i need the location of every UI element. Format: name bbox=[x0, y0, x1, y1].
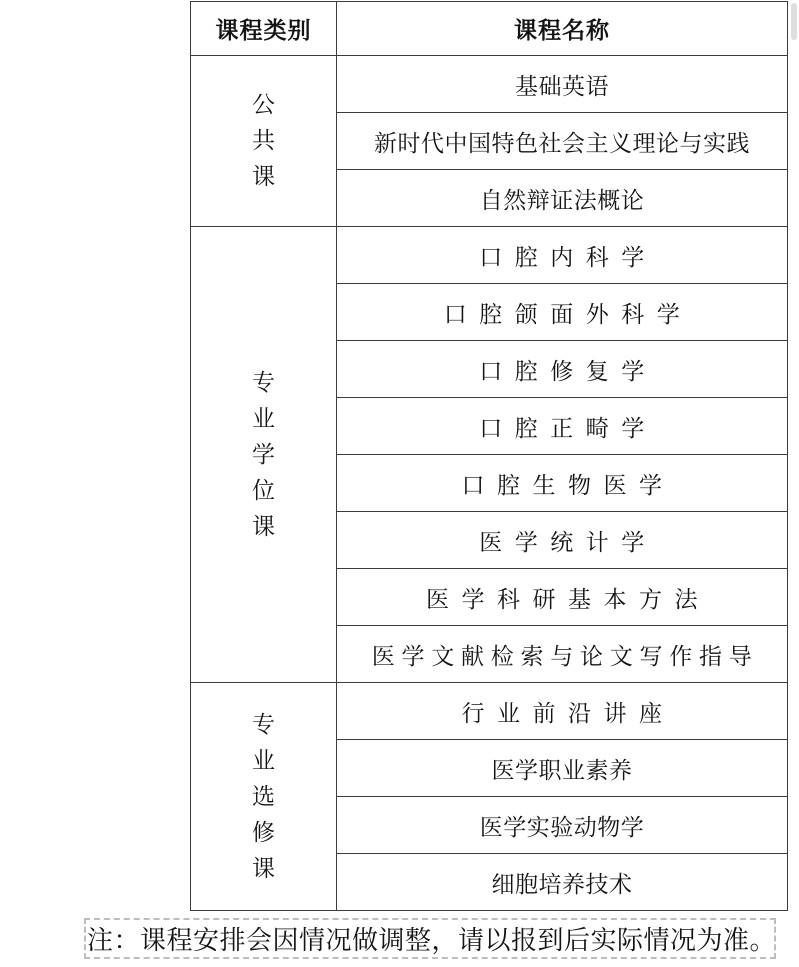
course-cell: 口 腔 正 畸 学 bbox=[337, 398, 788, 455]
column-header-category: 课程类别 bbox=[191, 2, 337, 56]
course-cell: 细胞培养技术 bbox=[337, 854, 788, 911]
course-cell: 口 腔 修 复 学 bbox=[337, 341, 788, 398]
table-row: 专 业 选 修 课 行 业 前 沿 讲 座 bbox=[191, 683, 788, 740]
course-cell: 医 学 文 献 检 索 与 论 文 写 作 指 导 bbox=[337, 626, 788, 683]
course-cell: 新时代中国特色社会主义理论与实践 bbox=[337, 113, 788, 170]
course-cell: 基础英语 bbox=[337, 56, 788, 113]
course-cell: 口 腔 内 科 学 bbox=[337, 227, 788, 284]
note-textbox[interactable]: 注：课程安排会因情况做调整，请以报到后实际情况为准。 bbox=[84, 918, 776, 959]
category-cell-public: 公 共 课 bbox=[191, 56, 337, 227]
scrollbar-thumb[interactable] bbox=[791, 3, 797, 40]
course-cell: 医学实验动物学 bbox=[337, 797, 788, 854]
category-cell-elective: 专 业 选 修 课 bbox=[191, 683, 337, 911]
course-cell: 医 学 科 研 基 本 方 法 bbox=[337, 569, 788, 626]
course-table: 课程类别 课程名称 公 共 课 基础英语 新时代中国特色社会主义理论与实践 自然… bbox=[190, 1, 788, 911]
course-cell: 自然辩证法概论 bbox=[337, 170, 788, 227]
course-cell: 行 业 前 沿 讲 座 bbox=[337, 683, 788, 740]
category-cell-degree: 专 业 学 位 课 bbox=[191, 227, 337, 683]
course-cell: 口 腔 颌 面 外 科 学 bbox=[337, 284, 788, 341]
note-text: 注：课程安排会因情况做调整，请以报到后实际情况为准。 bbox=[87, 920, 776, 957]
column-header-course-name: 课程名称 bbox=[337, 2, 788, 56]
table-row: 专 业 学 位 课 口 腔 内 科 学 bbox=[191, 227, 788, 284]
course-cell: 医学职业素养 bbox=[337, 740, 788, 797]
table-header-row: 课程类别 课程名称 bbox=[191, 2, 788, 56]
course-cell: 医 学 统 计 学 bbox=[337, 512, 788, 569]
table-row: 公 共 课 基础英语 bbox=[191, 56, 788, 113]
course-cell: 口 腔 生 物 医 学 bbox=[337, 455, 788, 512]
